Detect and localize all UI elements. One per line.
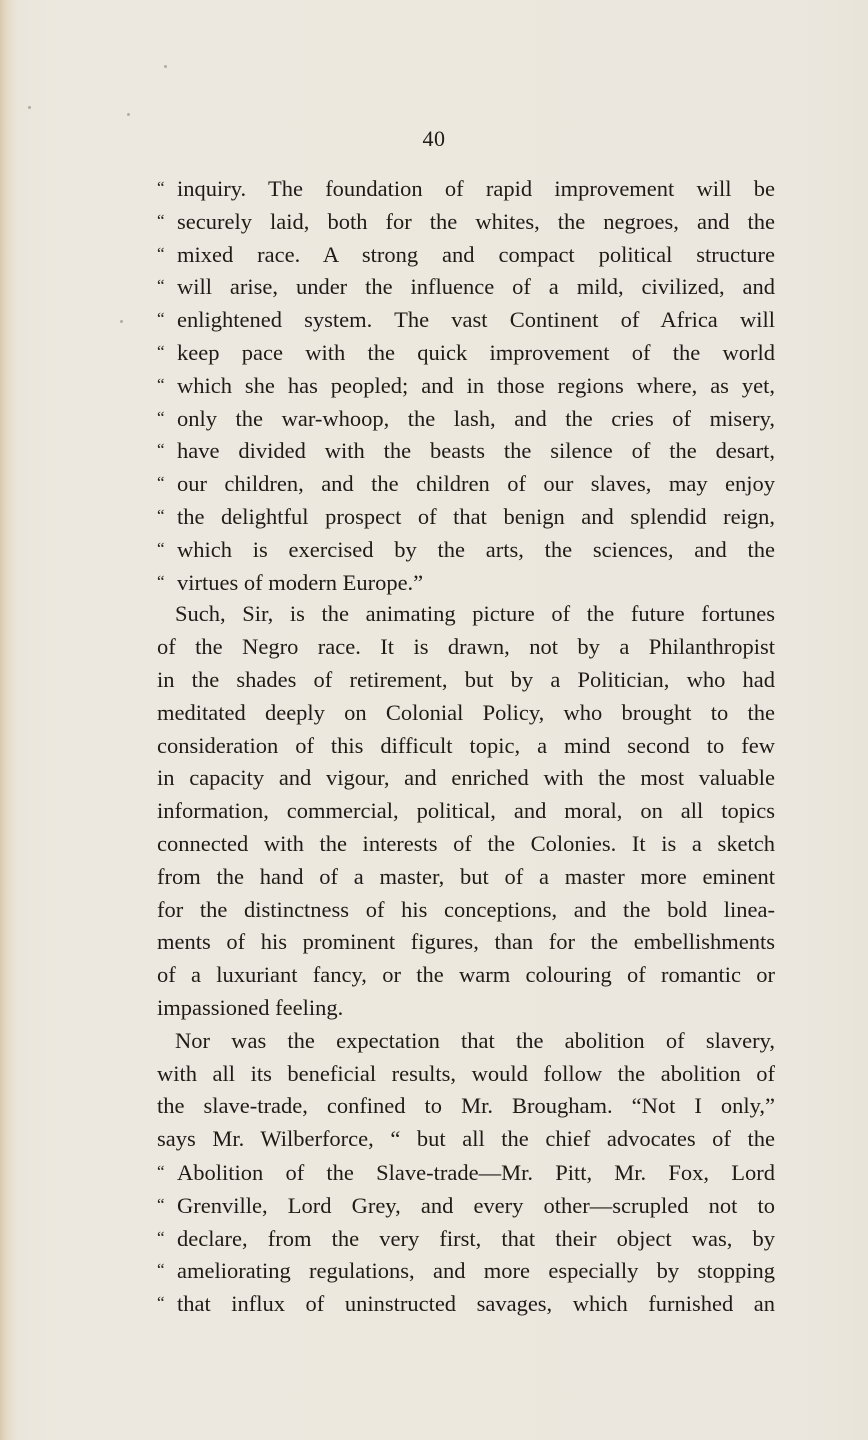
quote-mark: “ [157,238,177,271]
quote-mark: “ [157,1287,177,1320]
text-line: Such, Sir, is the animating picture of t… [157,598,775,631]
paper-speck [127,113,130,116]
quote-mark: “ [157,1156,177,1189]
text-line: in the shades of retirement, but by a Po… [157,664,775,697]
page-body-text: “inquiry. The foundation of rapid improv… [157,172,775,1320]
quote-mark: “ [157,1222,177,1255]
text-line: “mixed race. A strong and compact politi… [157,238,775,271]
text-line: “which she has peopled; and in those reg… [157,369,775,402]
quote-mark: “ [157,1254,177,1287]
text-line: “securely laid, both for the whites, the… [157,205,775,238]
quote-mark: “ [157,270,177,303]
text-line: “enlightened system. The vast Continent … [157,303,775,336]
text-line: connected with the interests of the Colo… [157,828,775,861]
text-line: says Mr. Wilberforce, “ but all the chie… [157,1123,775,1156]
quote-mark: “ [157,1189,177,1222]
paper-speck [164,65,167,68]
quote-mark: “ [157,336,177,369]
text-line: “will arise, under the influence of a mi… [157,270,775,303]
text-line: “Abolition of the Slave-trade—Mr. Pitt, … [157,1156,775,1189]
text-line: impassioned feeling. [157,992,775,1025]
page-number: 40 [0,126,868,152]
text-line: information, commercial, political, and … [157,795,775,828]
text-line: with all its beneficial results, would f… [157,1058,775,1091]
quote-mark: “ [157,369,177,402]
quote-mark: “ [157,172,177,205]
body-paragraph: Nor was the expectation that the aboliti… [157,1025,775,1156]
text-line: “that influx of uninstructed savages, wh… [157,1287,775,1320]
text-line: in capacity and vigour, and enriched wit… [157,762,775,795]
text-line: the slave-trade, confined to Mr. Brougha… [157,1090,775,1123]
text-line: “ameliorating regulations, and more espe… [157,1254,775,1287]
body-paragraph: Such, Sir, is the animating picture of t… [157,598,775,1024]
text-line: “declare, from the very first, that thei… [157,1222,775,1255]
quotation-paragraph: “Abolition of the Slave-trade—Mr. Pitt, … [157,1156,775,1320]
book-page: 40 “inquiry. The foundation of rapid imp… [0,0,868,1440]
text-line: meditated deeply on Colonial Policy, who… [157,697,775,730]
quote-mark: “ [157,566,177,599]
text-line: “virtues of modern Europe.” [157,566,775,599]
text-line: “our children, and the children of our s… [157,467,775,500]
text-line: consideration of this difficult topic, a… [157,730,775,763]
paper-speck [28,106,31,109]
quote-mark: “ [157,402,177,435]
quote-mark: “ [157,467,177,500]
text-line: “only the war-whoop, the lash, and the c… [157,402,775,435]
quote-mark: “ [157,205,177,238]
text-line: “inquiry. The foundation of rapid improv… [157,172,775,205]
text-line: “keep pace with the quick improvement of… [157,336,775,369]
quote-mark: “ [157,434,177,467]
text-line: “which is exercised by the arts, the sci… [157,533,775,566]
quotation-paragraph: “inquiry. The foundation of rapid improv… [157,172,775,598]
text-line: “Grenville, Lord Grey, and every other—s… [157,1189,775,1222]
text-line: Nor was the expectation that the aboliti… [157,1025,775,1058]
quote-mark: “ [157,303,177,336]
text-line: of the Negro race. It is drawn, not by a… [157,631,775,664]
text-line: from the hand of a master, but of a mast… [157,861,775,894]
text-line: for the distinctness of his conceptions,… [157,894,775,927]
text-line: of a luxuriant fancy, or the warm colour… [157,959,775,992]
paper-speck [120,320,123,323]
text-line: ments of his prominent figures, than for… [157,926,775,959]
text-line: “have divided with the beasts the silenc… [157,434,775,467]
quote-mark: “ [157,500,177,533]
quote-mark: “ [157,533,177,566]
text-line: “the delightful prospect of that benign … [157,500,775,533]
